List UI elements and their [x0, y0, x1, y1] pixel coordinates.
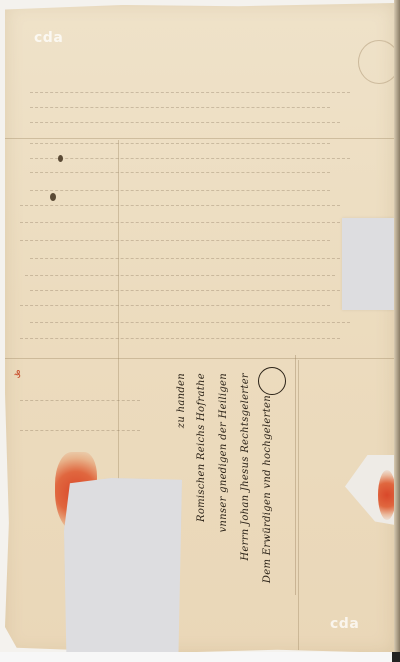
fold-line — [5, 138, 394, 139]
bleed-through-line — [20, 400, 140, 403]
bleed-through-line — [30, 107, 330, 110]
bleed-through-line — [20, 338, 340, 341]
bleed-through-line — [20, 430, 140, 433]
bleed-through-line — [30, 158, 350, 161]
page-edge — [394, 0, 400, 662]
bleed-through-line — [30, 258, 350, 261]
bleed-through-line — [30, 290, 350, 293]
ink-spot — [50, 193, 56, 201]
address-line: Romischen Reichs Hofrathe — [196, 373, 207, 522]
reference-mark: ₰ — [14, 368, 21, 381]
address-line: vnnser gnedigen der Heiligen — [218, 373, 229, 533]
viewer-bottom-band — [0, 652, 400, 662]
bleed-through-line — [30, 122, 340, 125]
bleed-through-line — [30, 92, 350, 95]
mount-patch — [342, 218, 394, 310]
watermark: cda — [34, 30, 63, 46]
bleed-through-line — [20, 205, 340, 208]
ink-spot — [58, 155, 63, 162]
bleed-through-line — [30, 190, 330, 193]
viewer-corner — [392, 652, 400, 662]
address-line: Dem Erwürdigen vnd hochgelerten — [262, 395, 273, 583]
bleed-through-line — [20, 240, 330, 243]
bleed-through-line — [30, 322, 350, 325]
address-block: Dem Erwürdigen vnd hochgelerten Herrn Jo… — [170, 355, 296, 595]
mount-patch — [64, 478, 182, 654]
address-line: zu handen — [176, 373, 187, 428]
fold-line — [298, 360, 299, 650]
bleed-through-line — [30, 172, 330, 175]
address-line: Herrn Johan Jhesus Rechtsgelerter — [240, 373, 251, 561]
bleed-through-line — [20, 305, 330, 308]
watermark: cda — [330, 616, 359, 632]
document-viewer: ₰ Dem Erwürdigen vnd hochgelerten Herrn … — [0, 0, 400, 662]
decorated-initial — [258, 367, 286, 395]
bleed-through-line — [30, 143, 330, 146]
bleed-through-line — [20, 222, 340, 225]
bleed-through-line — [25, 275, 335, 278]
